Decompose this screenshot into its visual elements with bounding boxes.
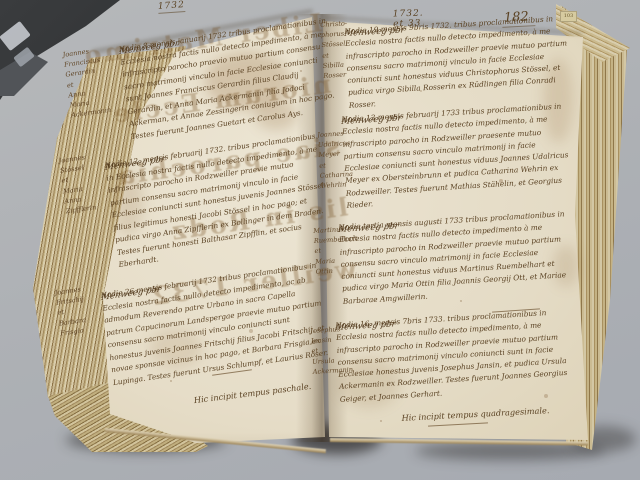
left-page-year-heading: 1732 [158,0,186,14]
photo-open-marriage-register: Liber Matrimo niorum Eccle siae parochia… [0,0,640,480]
